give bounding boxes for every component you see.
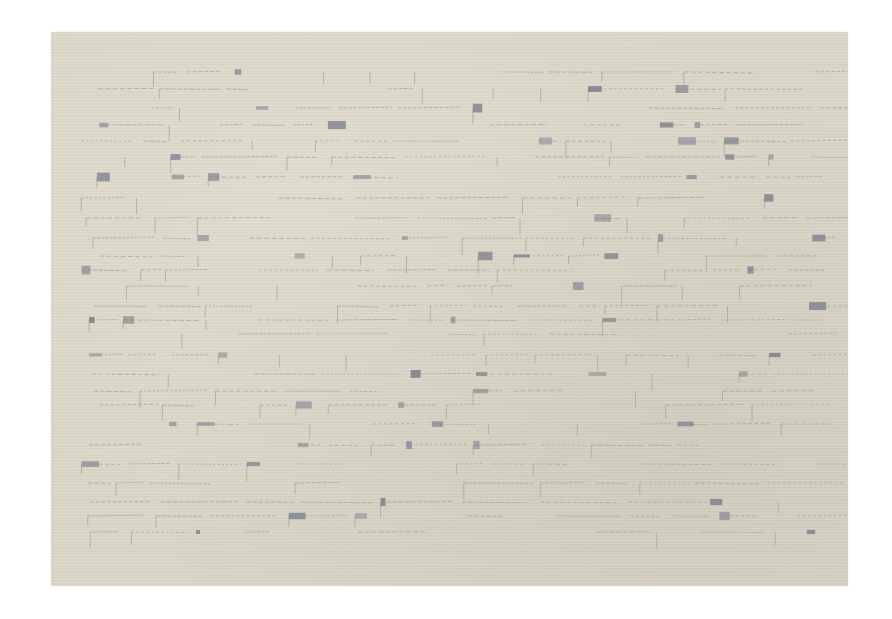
rug: [51, 32, 848, 586]
crackle-pattern: [51, 32, 848, 586]
